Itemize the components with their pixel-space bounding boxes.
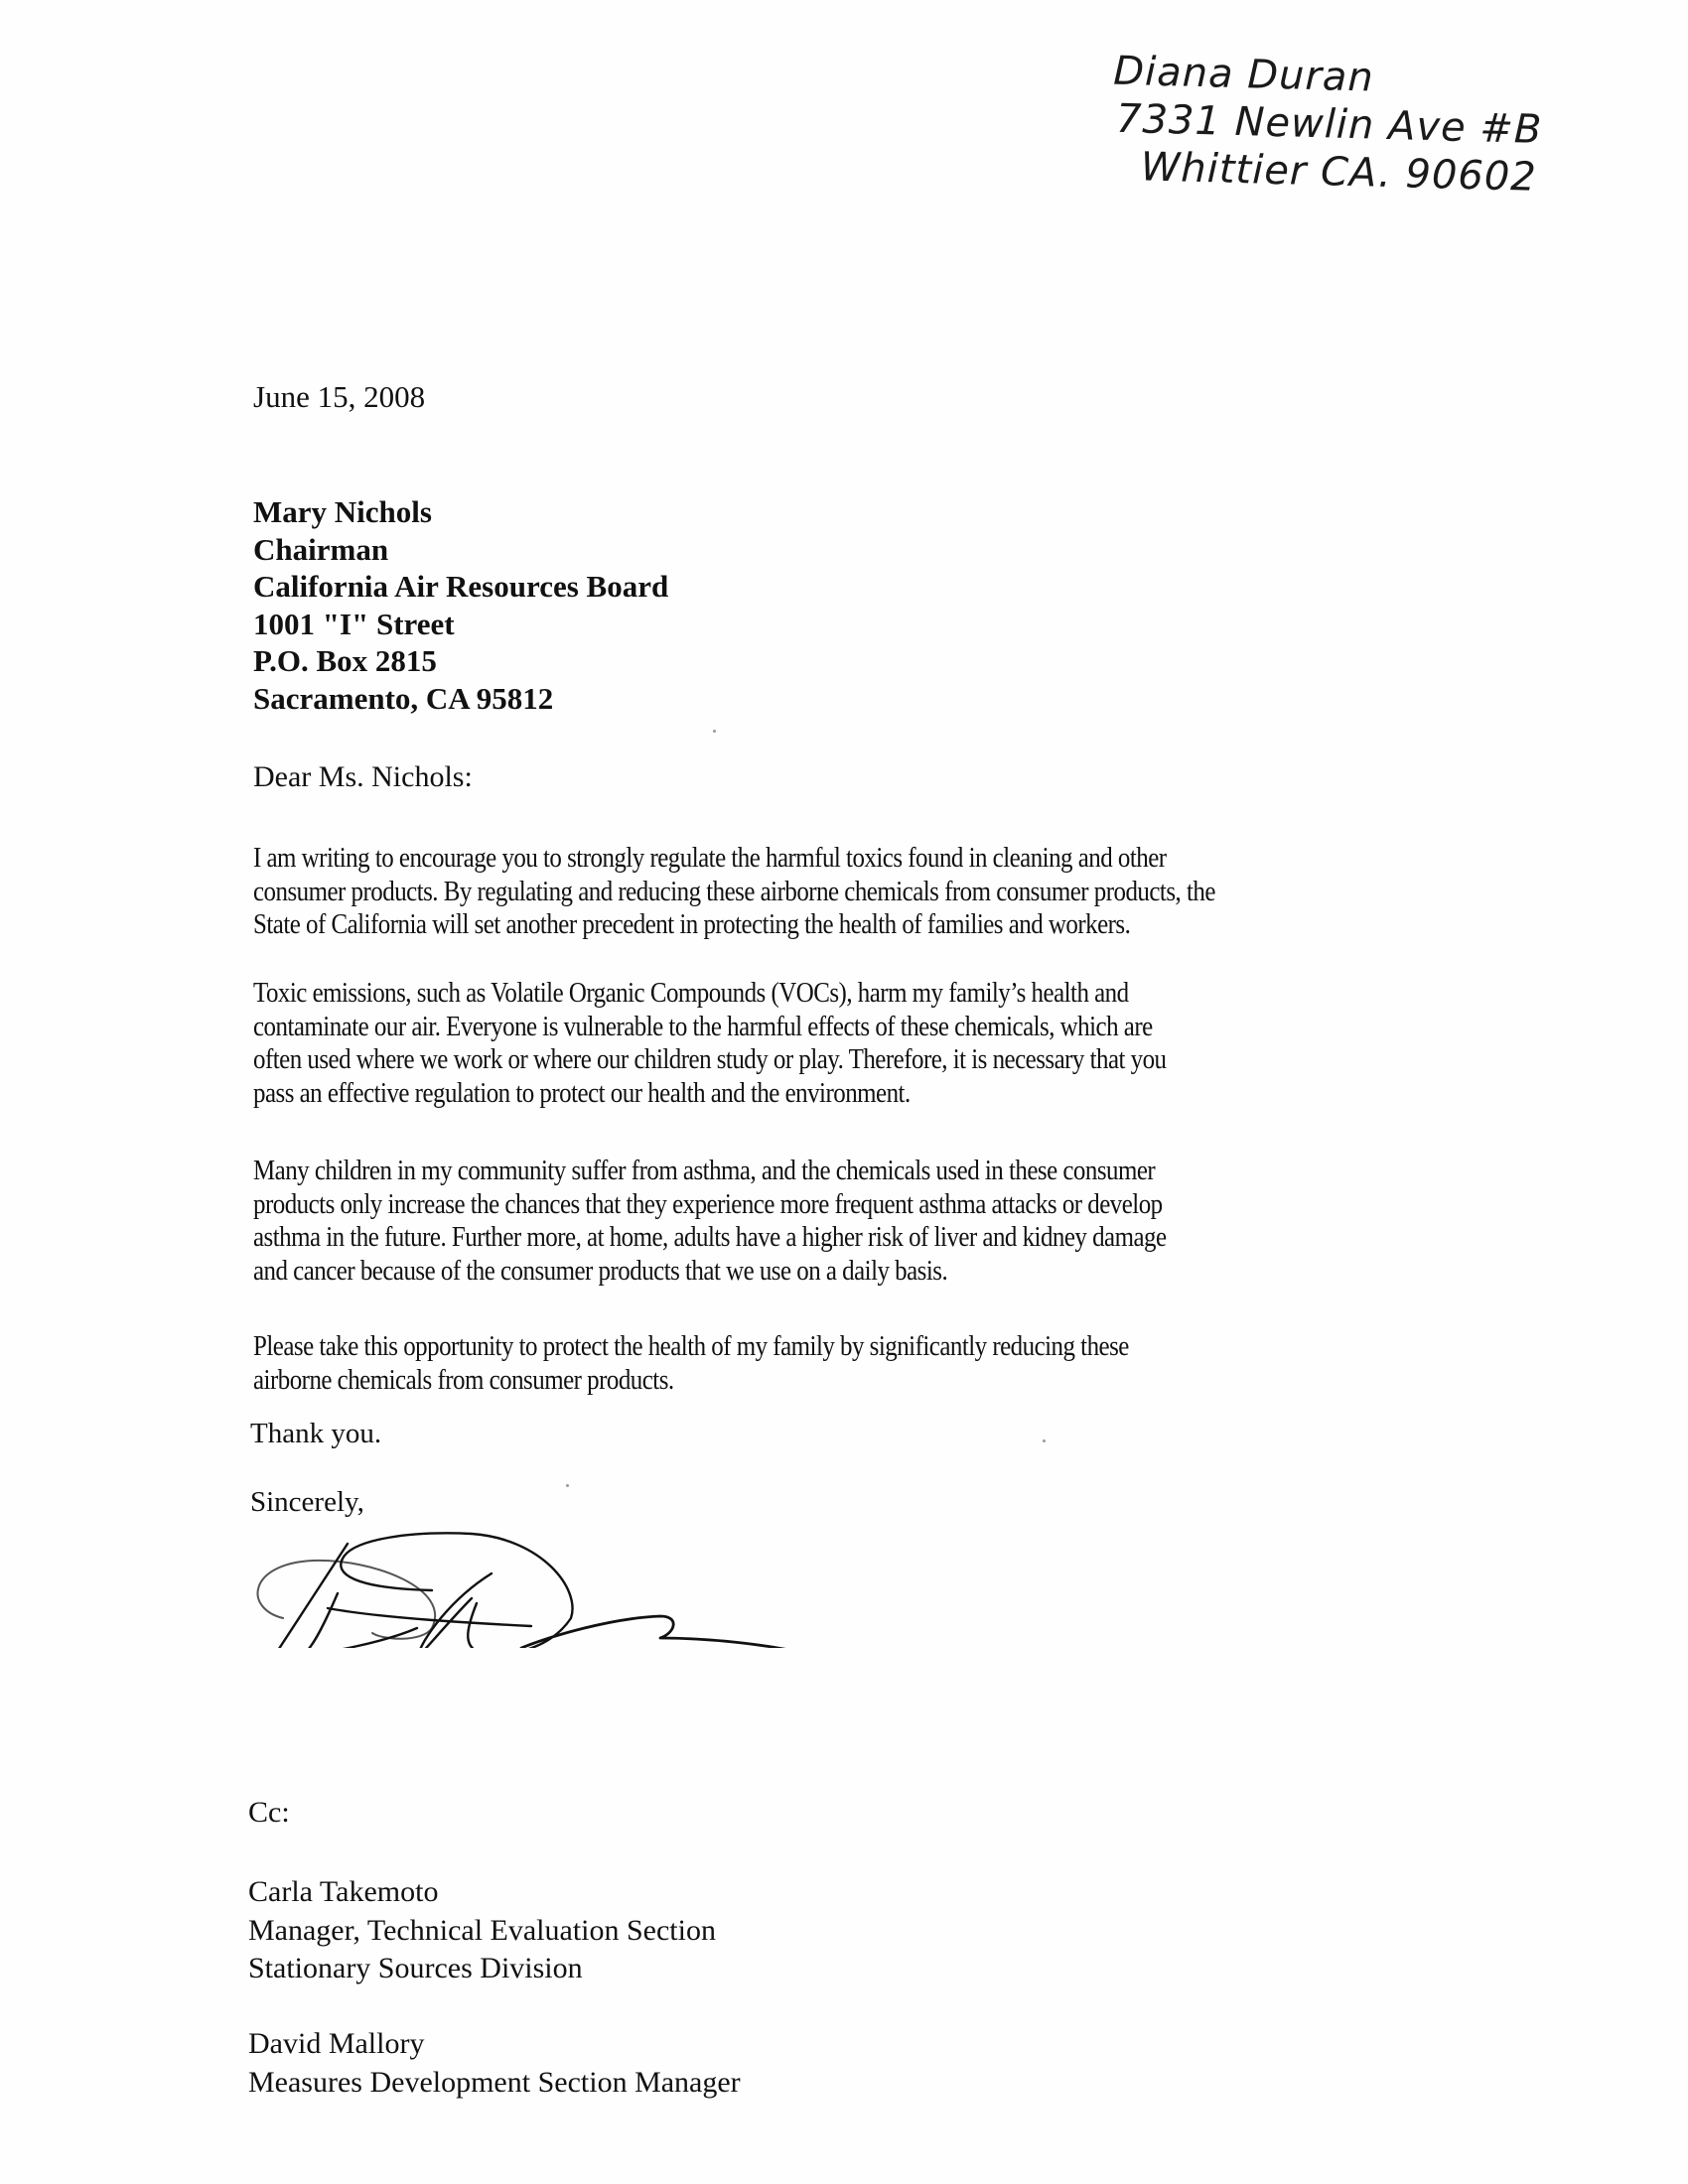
- signature-icon: [253, 1509, 849, 1648]
- paragraph-line: Toxic emissions, such as Volatile Organi…: [253, 977, 1619, 1011]
- paragraph-line: pass an effective regulation to protect …: [253, 1077, 1619, 1111]
- paragraph-line: airborne chemicals from consumer product…: [253, 1364, 1619, 1398]
- letter-date: June 15, 2008: [253, 379, 425, 415]
- recipient-title: Chairman: [253, 531, 668, 569]
- scan-speck: [713, 730, 716, 733]
- paragraph-line: contaminate our air. Everyone is vulnera…: [253, 1011, 1619, 1044]
- cc-recipient-division: Stationary Sources Division: [248, 1950, 716, 1988]
- cc-recipient-name: Carla Takemoto: [248, 1873, 716, 1912]
- paragraph-line: asthma in the future. Further more, at h…: [253, 1221, 1619, 1255]
- paragraph-line: I am writing to encourage you to strongl…: [253, 842, 1619, 876]
- paragraph-line: often used where we work or where our ch…: [253, 1043, 1619, 1077]
- body-paragraph: Many children in my community suffer fro…: [253, 1155, 1619, 1288]
- paragraph-line: Many children in my community suffer fro…: [253, 1155, 1619, 1188]
- letter-page: Diana Duran 7331 Newlin Ave #B Whittier …: [0, 0, 1688, 2184]
- recipient-name: Mary Nichols: [253, 493, 668, 531]
- handwritten-sender-address: Diana Duran 7331 Newlin Ave #B Whittier …: [1110, 48, 1670, 205]
- paragraph-line: consumer products. By regulating and red…: [253, 876, 1619, 909]
- cc-recipient-title: Measures Development Section Manager: [248, 2064, 741, 2103]
- scan-speck: [566, 1484, 569, 1487]
- cc-recipient-name: David Mallory: [248, 2025, 741, 2064]
- thank-you-line: Thank you.: [250, 1418, 381, 1450]
- recipient-organization: California Air Resources Board: [253, 568, 668, 606]
- cc-recipient: Carla Takemoto Manager, Technical Evalua…: [248, 1873, 716, 1988]
- paragraph-line: Please take this opportunity to protect …: [253, 1330, 1619, 1364]
- cc-label: Cc:: [248, 1796, 290, 1830]
- body-paragraph: Please take this opportunity to protect …: [253, 1330, 1619, 1397]
- paragraph-line: State of California will set another pre…: [253, 908, 1619, 942]
- scan-speck: [1043, 1439, 1046, 1442]
- paragraph-line: products only increase the chances that …: [253, 1188, 1619, 1222]
- recipient-address-block: Mary Nichols Chairman California Air Res…: [253, 493, 668, 717]
- paragraph-line: and cancer because of the consumer produ…: [253, 1255, 1619, 1289]
- body-paragraph: Toxic emissions, such as Volatile Organi…: [253, 977, 1619, 1110]
- body-paragraph: I am writing to encourage you to strongl…: [253, 842, 1619, 942]
- salutation: Dear Ms. Nichols:: [253, 760, 473, 794]
- recipient-po-box: P.O. Box 2815: [253, 642, 668, 680]
- recipient-street: 1001 "I" Street: [253, 606, 668, 643]
- recipient-city-state-zip: Sacramento, CA 95812: [253, 680, 668, 718]
- cc-recipient: David Mallory Measures Development Secti…: [248, 2025, 741, 2102]
- cc-recipient-title: Manager, Technical Evaluation Section: [248, 1912, 716, 1951]
